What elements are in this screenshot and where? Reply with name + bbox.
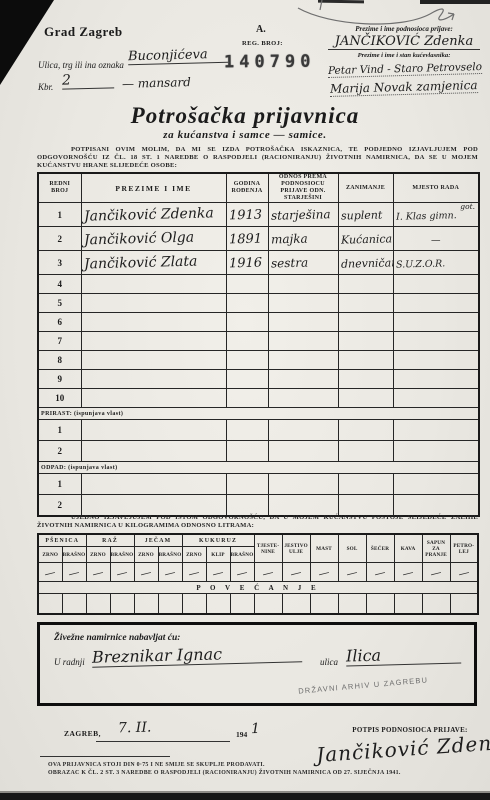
none-mark: — (92, 567, 104, 580)
person-row: 1 Jančiković Zdenka 1913 starješina supl… (38, 203, 479, 227)
group-raz: RAŽ (86, 534, 134, 547)
odpad-row: 1 (38, 474, 479, 495)
odpad-band: ODPAD: (ispunjava vlast) (38, 462, 479, 474)
person-occupation: suplent (340, 208, 382, 222)
supplies-table: PŠENICA RAŽ JEČAM KUKURUZ TJESTE- NINE J… (37, 533, 479, 615)
person-relation: sestra (270, 255, 307, 270)
none-mark: — (458, 567, 470, 580)
none-mark: — (140, 567, 152, 580)
col-header-redni-broj: REDNI BROJ (38, 173, 81, 203)
person-year: 1891 (228, 231, 261, 247)
none-mark: — (164, 567, 176, 580)
person-occupation: Kućanica (340, 232, 391, 246)
landlord-name-value: Petar Vind - Staro Petrovselo (328, 61, 482, 78)
group-psenica: PŠENICA (38, 534, 86, 547)
sub-klip: KLIP (206, 547, 230, 563)
col-header-prezime-ime: PREZIME I IME (81, 173, 226, 203)
sub-zrno: ZRNO (134, 547, 158, 563)
purchase-intro: Živežne namirnice nabavljat ću: (54, 633, 180, 643)
col-header-zanimanje: ZANIMANJE (338, 173, 393, 203)
col-header-odnos: ODNOS PREMA PODNOSIOCU PRIJAVE ODN. STAR… (268, 173, 338, 203)
date-line (96, 740, 230, 742)
person-row-empty: 10 (38, 389, 479, 408)
none-mark: — (212, 567, 224, 580)
street-value: Buconjićeva (128, 47, 228, 66)
row-number: 2 (38, 441, 81, 462)
row-number: 1 (38, 474, 81, 495)
none-mark: — (68, 567, 80, 580)
form-reference-note: OBRAZAC K ČL. 2 ST. 3 NAREDBE O RASPODJE… (48, 769, 401, 777)
sub-zrno: ZRNO (38, 547, 62, 563)
none-mark: — (44, 567, 56, 580)
none-mark: — (188, 567, 200, 580)
applicant-name-value: JANČIKOVIĆ Zdenka (328, 34, 480, 50)
section-letter: A. (256, 24, 266, 35)
group-kukuruz: KUKURUZ (182, 534, 254, 547)
person-row-empty: 8 (38, 351, 479, 370)
person-row: 2 Jančiković Olga 1891 majka Kućanica — (38, 227, 479, 251)
shop-value: Breznikar Ignac (92, 642, 302, 667)
col-kava: KAVA (394, 534, 422, 563)
person-row: 3 Jančiković Zlata 1916 sestra dnevničar… (38, 251, 479, 275)
col-sol: SOL (338, 534, 366, 563)
person-relation: starješina (270, 207, 330, 223)
col-jestivo-ulje: JESTIVO ULJE (282, 534, 310, 563)
col-secer: ŠEĆER (366, 534, 394, 563)
person-name: Jančiković Zlata (83, 253, 197, 272)
supplies-declaration: UJEDNO IZJAVLJUJEM POD ISTOM ODGOVORNOŠĆ… (37, 514, 478, 530)
applicant-signature: Jančiković Zdenka (315, 729, 490, 767)
row-number: 1 (38, 203, 81, 227)
workplace-note: got. (460, 203, 475, 212)
landlord-label: Prezime i ime i stan kućevlasnika: (328, 52, 480, 59)
person-row-empty: 9 (38, 370, 479, 389)
row-number: 4 (38, 275, 81, 294)
sub-brasno: BRAŠNO (110, 547, 134, 563)
col-petrolej: PETRO- LEJ (450, 534, 478, 563)
person-workplace: I. Klas gimn. (395, 210, 456, 223)
row-number: 10 (38, 389, 81, 408)
place-label: ZAGREB, (64, 729, 101, 738)
none-mark: — (236, 567, 248, 580)
person-workplace: — (431, 235, 441, 246)
row-number: 8 (38, 351, 81, 370)
col-sapun: SAPUN ZA PRANJE (422, 534, 450, 563)
prirast-row: 1 (38, 420, 479, 441)
prirast-band: PRIRAST: (ispunjava vlast) (38, 408, 479, 420)
none-mark: — (318, 567, 330, 580)
person-row-empty: 5 (38, 294, 479, 313)
year-written: 1 (251, 721, 260, 737)
reg-number-label: REG. BROJ: (242, 40, 283, 47)
group-jecam: JEČAM (134, 534, 182, 547)
row-number: 7 (38, 332, 81, 351)
house-number-label: Kbr. (38, 82, 53, 92)
form-subtitle: za kućanstva i samce — samice. (0, 129, 490, 141)
date-value: 7. II. (118, 720, 152, 737)
city-name: Grad Zagreb (44, 24, 123, 40)
row-number: 6 (38, 313, 81, 332)
col-header-mjesto-rada: MJESTO RADA (393, 173, 479, 203)
sub-brasno: BRAŠNO (158, 547, 182, 563)
persons-table: REDNI BROJ PREZIME I IME GODINA ROĐENJA … (37, 172, 480, 517)
none-mark: — (116, 567, 128, 580)
povecanje-label: P O V E Ć A N J E (38, 582, 478, 594)
form-title: Potrošačka prijavnica (0, 103, 490, 129)
person-row-empty: 4 (38, 275, 479, 294)
odpad-row: 2 (38, 495, 479, 517)
persons-table-header-row: REDNI BROJ PREZIME I IME GODINA ROĐENJA … (38, 173, 479, 203)
person-occupation: dnevničar (340, 256, 393, 270)
row-number: 3 (38, 251, 81, 275)
person-workplace: S.U.Z.O.R. (395, 258, 445, 270)
col-mast: MAST (310, 534, 338, 563)
price-note: OVA PRIJAVNICA STOJI DIN 0·75 I NE SMIJE… (48, 761, 265, 769)
none-mark: — (430, 567, 442, 580)
col-tjestenine: TJESTE- NINE (254, 534, 282, 563)
row-number: 5 (38, 294, 81, 313)
sub-brasno: BRAŠNO (230, 547, 254, 563)
none-mark: — (290, 567, 302, 580)
scanned-form-page: Grad Zagreb Ulica, trg ili ina oznaka Bu… (0, 0, 490, 800)
reg-number-value: 140790 (224, 52, 316, 73)
landlord-deputy-value: Marija Novak zamjenica (330, 78, 478, 97)
person-name: Jančiković Olga (83, 229, 194, 248)
purchase-box: Živežne namirnice nabavljat ću: U radnji… (37, 622, 477, 706)
none-mark: — (374, 567, 386, 580)
scan-edge-band (0, 793, 490, 800)
person-row-empty: 6 (38, 313, 479, 332)
person-year: 1913 (228, 207, 261, 223)
person-name: Jančiković Zdenka (83, 205, 213, 224)
shop-label: U radnji (54, 657, 85, 667)
applicant-name-label: Prezime i ime podnosioca prijave: (328, 25, 480, 33)
row-number: 1 (38, 420, 81, 441)
street-label: Ulica, trg ili ina oznaka (38, 60, 124, 70)
archive-stamp: DRŽAVNI ARHIV U ZAGREBU (298, 675, 429, 695)
row-number: 9 (38, 370, 81, 389)
shop-street-value: Ilica (346, 643, 461, 666)
sub-zrno: ZRNO (182, 547, 206, 563)
declaration-paragraph: POTPISANI OVIM MOLIM, DA MI SE IZDA POTR… (37, 146, 478, 171)
row-number: 2 (38, 495, 81, 517)
shop-street-label: ulica (320, 657, 338, 667)
house-number-value: 2 (62, 71, 114, 89)
row-number: 2 (38, 227, 81, 251)
none-mark: — (346, 567, 358, 580)
person-year: 1916 (228, 255, 261, 271)
person-relation: majka (270, 231, 307, 246)
sub-brasno: BRAŠNO (62, 547, 86, 563)
col-header-godina: GODINA ROĐENJA (226, 173, 268, 203)
person-row-empty: 7 (38, 332, 479, 351)
odpad-label: ODPAD: (ispunjava vlast) (38, 462, 479, 474)
scan-corner-artifact (0, 0, 54, 85)
prirast-row: 2 (38, 441, 479, 462)
none-mark: — (262, 567, 274, 580)
year-printed: 194 (236, 730, 247, 739)
footnote-rule (40, 756, 170, 757)
prirast-label: PRIRAST: (ispunjava vlast) (38, 408, 479, 420)
none-mark: — (402, 567, 414, 580)
sub-zrno: ZRNO (86, 547, 110, 563)
house-number-note: — mansard (122, 75, 191, 91)
